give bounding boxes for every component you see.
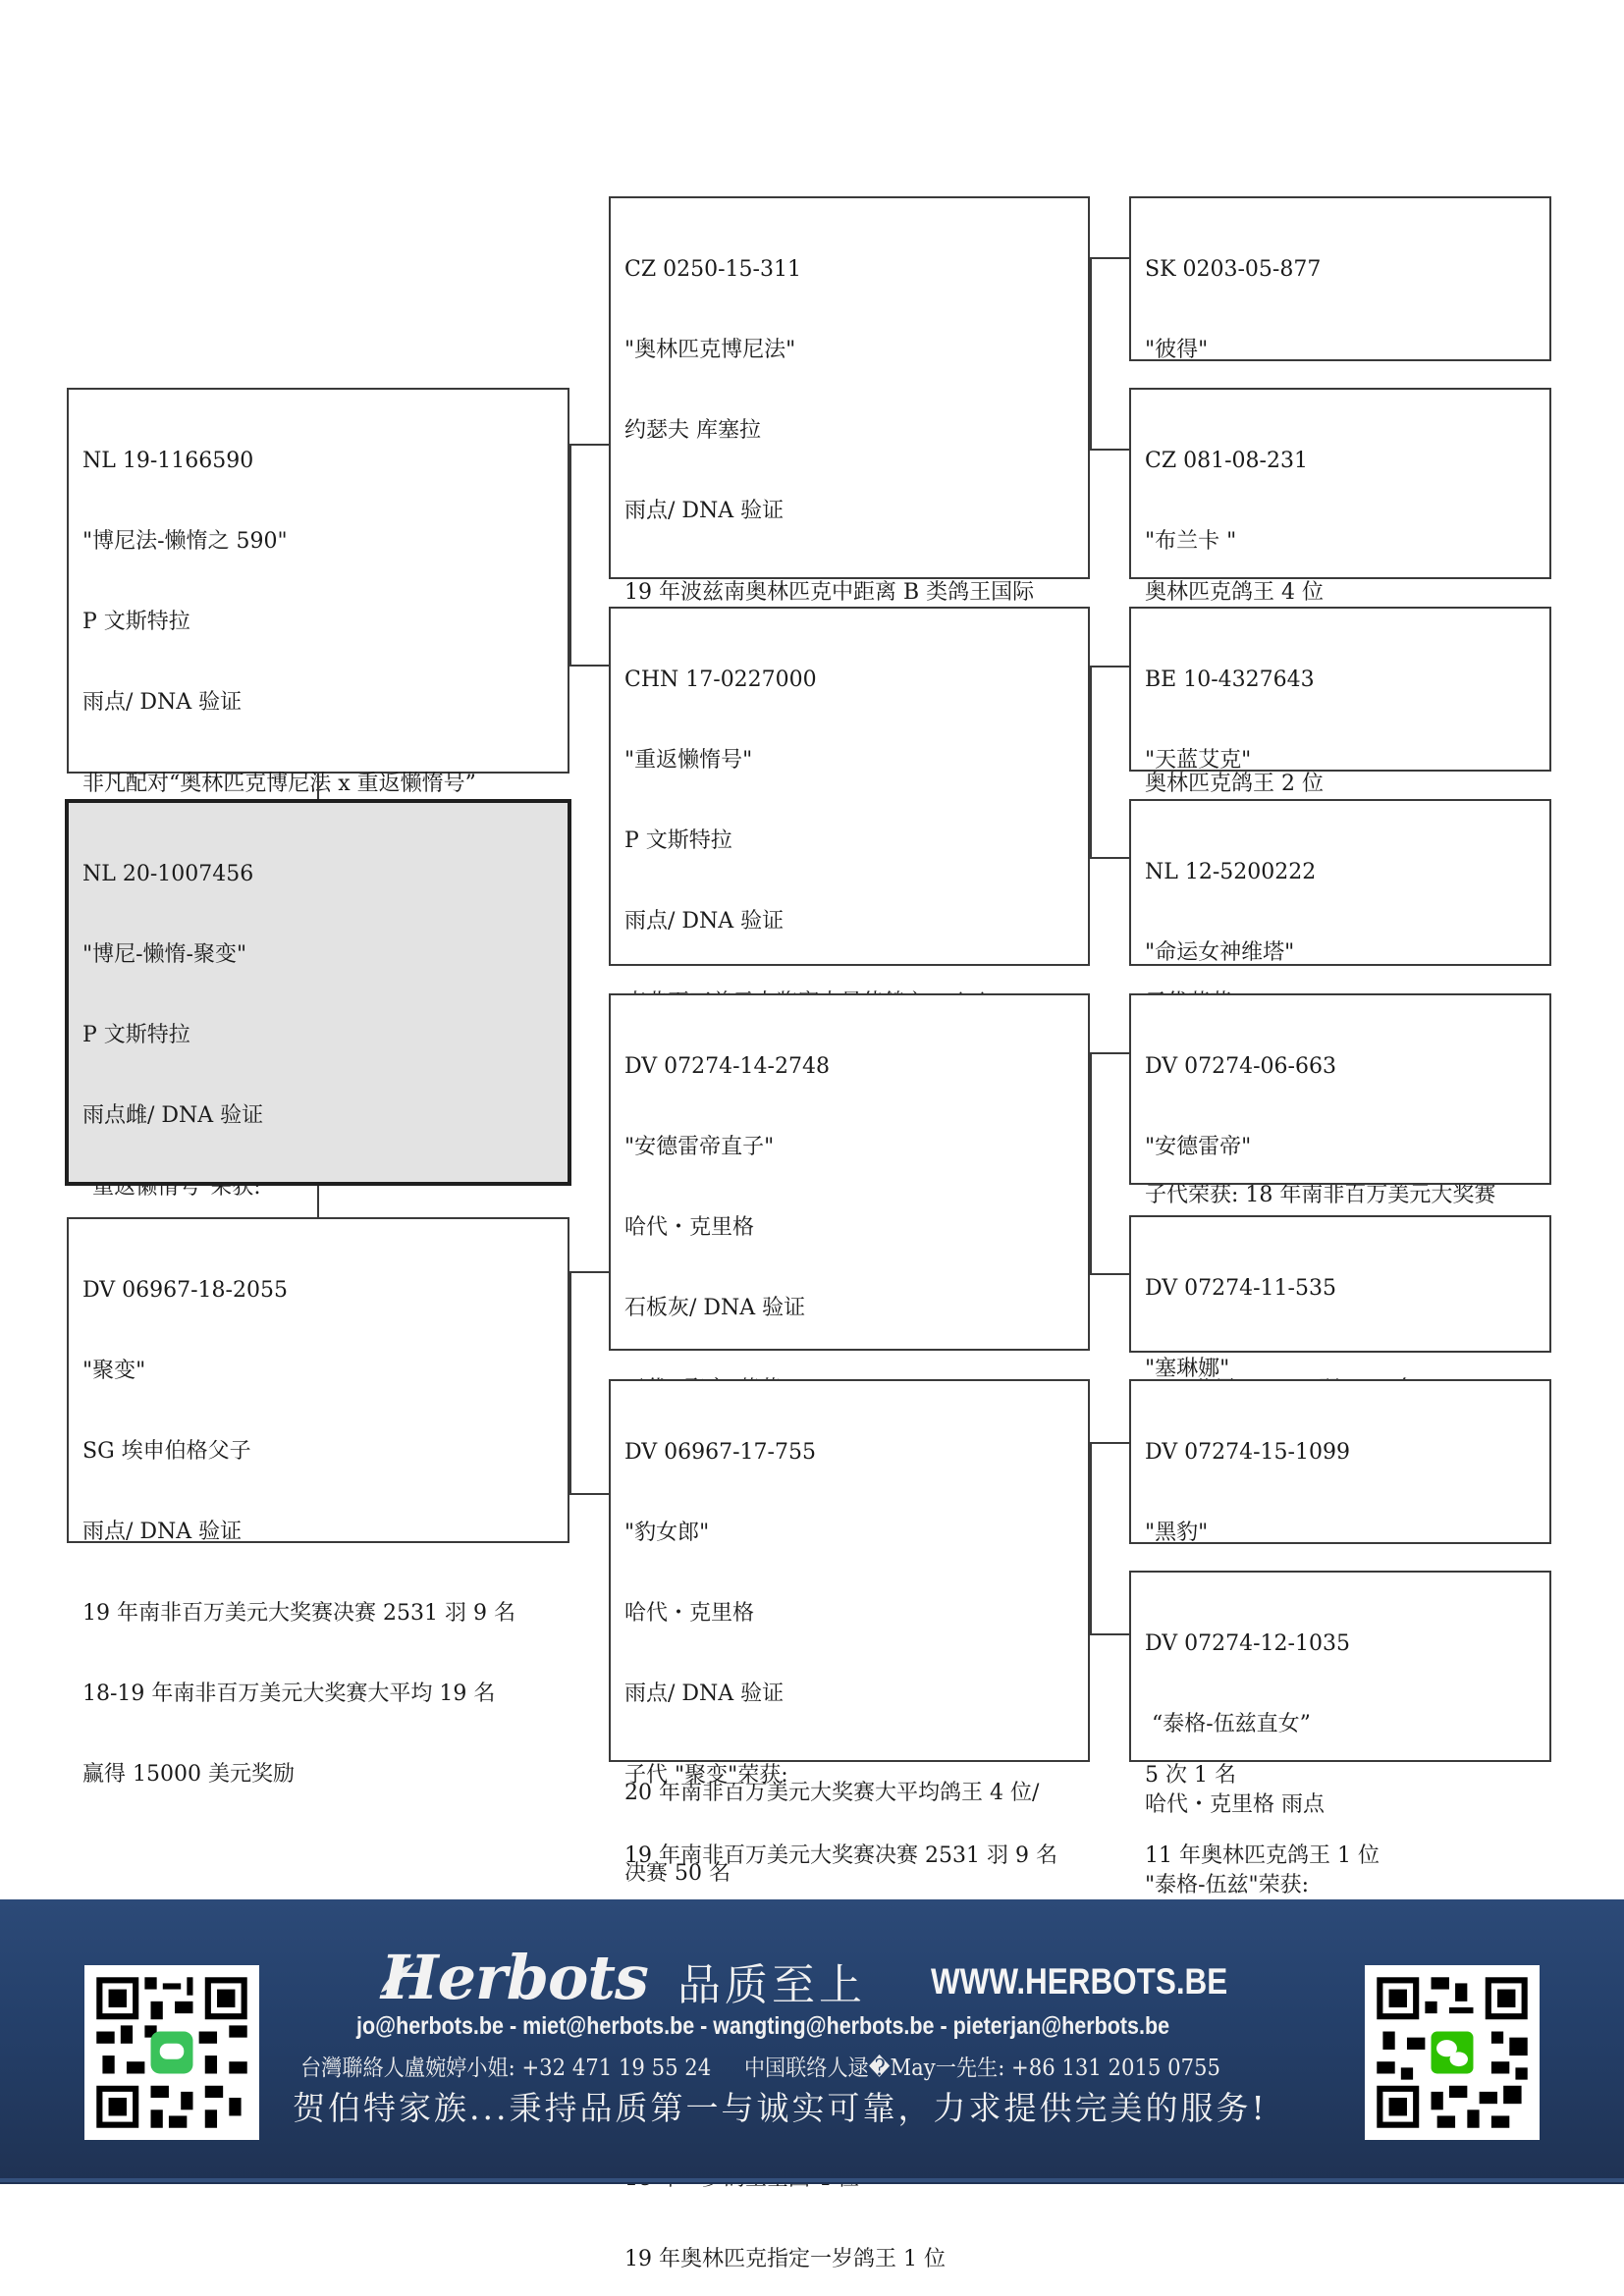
bird-name: "豹女郎" [624, 1520, 1074, 1546]
contact-taiwan: 台灣聯絡人盧婉婷小姐: +32 471 19 55 24 [300, 2056, 711, 2081]
bird-name: "重返懒惰号" [624, 747, 1074, 774]
ring-number: CZ 081-08-231 [1145, 448, 1536, 474]
connector [569, 665, 609, 667]
breeder: P 文斯特拉 [82, 609, 554, 635]
ggp-card: NL 12-5200222 "命运女神维塔" P 文斯特拉 雨点/ DNA 验证… [1129, 799, 1551, 966]
connector [569, 1493, 609, 1495]
bird-name: "黑豹" [1145, 1520, 1536, 1546]
connector [1090, 1052, 1129, 1054]
color-dna: 雨点/ DNA 验证 [624, 1681, 1074, 1707]
ring-number: DV 06967-17-755 [624, 1439, 1074, 1466]
connector [317, 1186, 319, 1217]
ggp-card: BE 10-4327643 "天蓝艾克" 克里斯・贺博瑞 雨点/ DNA 验证 … [1129, 607, 1551, 772]
bird-name: "博尼-懒惰-聚变" [82, 941, 554, 968]
color-dna: 雨点/ DNA 验证 [624, 498, 1074, 524]
qr-code-icon [1365, 1965, 1540, 2140]
ggp-card: DV 07274-15-1099 "黑豹" 哈代・克里格 雨点 半平辈荣获: 5… [1129, 1379, 1551, 1544]
ggp-card: DV 07274-06-663 "安德雷帝" 哈代・克里格 雨点/ DNA 验证… [1129, 993, 1551, 1185]
sire-dam-card: CHN 17-0227000 "重返懒惰号" P 文斯特拉 雨点/ DNA 验证… [609, 607, 1090, 966]
breeder: P 文斯特拉 [624, 828, 1074, 854]
connector [317, 774, 319, 799]
ggp-card: CZ 081-08-231 "布兰卡 " 泽伦卡・米龙 灰 子代荣获: 奥林匹克… [1129, 388, 1551, 579]
connector [1090, 1442, 1092, 1634]
info-line: 19 年奥林匹克指定一岁鸽王 1 位 [624, 2246, 1074, 2272]
connector [1090, 1052, 1092, 1274]
ring-number: DV 06967-18-2055 [82, 1277, 554, 1304]
contact-china: 中国联络人逯�May一先生: +86 131 2015 0755 [744, 2056, 1220, 2081]
dam-dam-card: DV 06967-17-755 "豹女郎" 哈代・克里格 雨点/ DNA 验证 … [609, 1379, 1090, 1762]
sire-card: NL 19-1166590 "博尼法-懒惰之 590" P 文斯特拉 雨点/ D… [67, 388, 569, 774]
info-line: 赢得 15000 美元奖励 [82, 1761, 554, 1788]
color-dna: 石板灰/ DNA 验证 [624, 1295, 1074, 1321]
contact-phones: 台灣聯絡人盧婉婷小姐: +32 471 19 55 24 中国联络人逯�May一… [300, 2050, 1220, 2082]
ring-number: BE 10-4327643 [1145, 667, 1536, 693]
connector [1090, 666, 1129, 667]
color-dna: 雨点/ DNA 验证 [624, 908, 1074, 934]
info-line: 子代 "聚变"荣获: [624, 1762, 1074, 1789]
connector [1090, 1273, 1129, 1275]
ring-number: CZ 0250-15-311 [624, 256, 1074, 283]
bird-name: "彼得" [1145, 337, 1536, 363]
connector [569, 444, 571, 666]
breeder: P 文斯特拉 [82, 1022, 554, 1048]
bird-name: "安德雷帝" [1145, 1134, 1536, 1160]
breeder: 约瑟夫 库塞拉 [624, 417, 1074, 444]
sire-sire-card: CZ 0250-15-311 "奥林匹克博尼法" 约瑟夫 库塞拉 雨点/ DNA… [609, 196, 1090, 579]
connector [569, 1271, 571, 1493]
ring-number: DV 07274-14-2748 [624, 1053, 1074, 1080]
info-line: 19 年波兹南奥林匹克中距离 B 类鸽王国际 [624, 579, 1074, 606]
bird-name: "安德雷帝直子" [624, 1134, 1074, 1160]
bird-name: "天蓝艾克" [1145, 747, 1536, 774]
bird-name: "博尼法-懒惰之 590" [82, 528, 554, 555]
contact-emails[interactable]: jo@herbots.be - miet@herbots.be - wangti… [356, 2012, 1169, 2041]
breeder: 哈代・克里格 雨点 [1145, 1791, 1536, 1818]
line-qr-code[interactable] [84, 1965, 259, 2140]
bird-name: "奥林匹克博尼法" [624, 337, 1074, 363]
connector [1090, 857, 1129, 859]
brand-slogan: 品质至上 [677, 1949, 866, 2012]
info-line: "泰格-伍兹"荣获: [1145, 1872, 1536, 1898]
wechat-qr-code[interactable] [1365, 1965, 1540, 2140]
connector [1090, 449, 1129, 451]
connector [569, 1271, 609, 1273]
ggp-card: SK 0203-05-877 "彼得" P & L 向提尔 雨点 子代荣获: 奥… [1129, 196, 1551, 361]
ring-number: NL 19-1166590 [82, 448, 554, 474]
bird-name: “泰格-伍兹直女” [1145, 1711, 1536, 1737]
footer-tagline: 贺伯特家族...秉持品质第一与诚实可靠，力求提供完美的服务! [293, 2083, 1268, 2129]
connector [1090, 1633, 1129, 1635]
ring-number: DV 07274-11-535 [1145, 1275, 1536, 1302]
info-line: 19 年南非百万美元大奖赛决赛 2531 羽 9 名 [624, 1842, 1074, 1869]
color-dna: 雨点雌/ DNA 验证 [82, 1102, 554, 1129]
ring-number: DV 07274-15-1099 [1145, 1439, 1536, 1466]
footer-divider [0, 2178, 1624, 2182]
website-link[interactable]: WWW.HERBOTS.BE [931, 1961, 1227, 2002]
subject-card: NL 20-1007456 "博尼-懒惰-聚变" P 文斯特拉 雨点雌/ DNA… [65, 799, 571, 1186]
ring-number: DV 07274-06-663 [1145, 1053, 1536, 1080]
connector [569, 444, 609, 446]
bird-name: "命运女神维塔" [1145, 939, 1536, 966]
dam-card: DV 06967-18-2055 "聚变" SG 埃申伯格父子 雨点/ DNA … [67, 1217, 569, 1543]
connector [1090, 257, 1092, 450]
dam-sire-card: DV 07274-14-2748 "安德雷帝直子" 哈代・克里格 石板灰/ DN… [609, 993, 1090, 1351]
ring-number: NL 20-1007456 [82, 861, 554, 887]
breeder: 哈代・克里格 [624, 1600, 1074, 1627]
bird-name: "聚变" [82, 1358, 554, 1384]
breeder: SG 埃申伯格父子 [82, 1438, 554, 1465]
breeder: 哈代・克里格 [624, 1214, 1074, 1241]
ring-number: DV 07274-12-1035 [1145, 1630, 1536, 1657]
color-dna: 雨点/ DNA 验证 [82, 689, 554, 716]
color-dna: 雨点/ DNA 验证 [82, 1519, 554, 1545]
connector [1090, 666, 1092, 858]
ring-number: SK 0203-05-877 [1145, 256, 1536, 283]
ring-number: CHN 17-0227000 [624, 667, 1074, 693]
bird-name: "布兰卡 " [1145, 528, 1536, 555]
ring-number: NL 12-5200222 [1145, 859, 1536, 885]
info-line: 18-19 年南非百万美元大奖赛大平均 19 名 [82, 1681, 554, 1707]
qr-code-icon [84, 1965, 259, 2140]
connector [1090, 257, 1129, 259]
connector [1090, 1442, 1129, 1444]
ggp-card: DV 07274-12-1035 “泰格-伍兹直女” 哈代・克里格 雨点 "泰格… [1129, 1571, 1551, 1762]
ggp-card: DV 07274-11-535 "塞琳娜" 哈代・克里格 雨点 半平辈荣获: 1… [1129, 1215, 1551, 1353]
brand-logo: Herbots [381, 1942, 648, 2013]
info-line: 19 年南非百万美元大奖赛决赛 2531 羽 9 名 [82, 1600, 554, 1627]
